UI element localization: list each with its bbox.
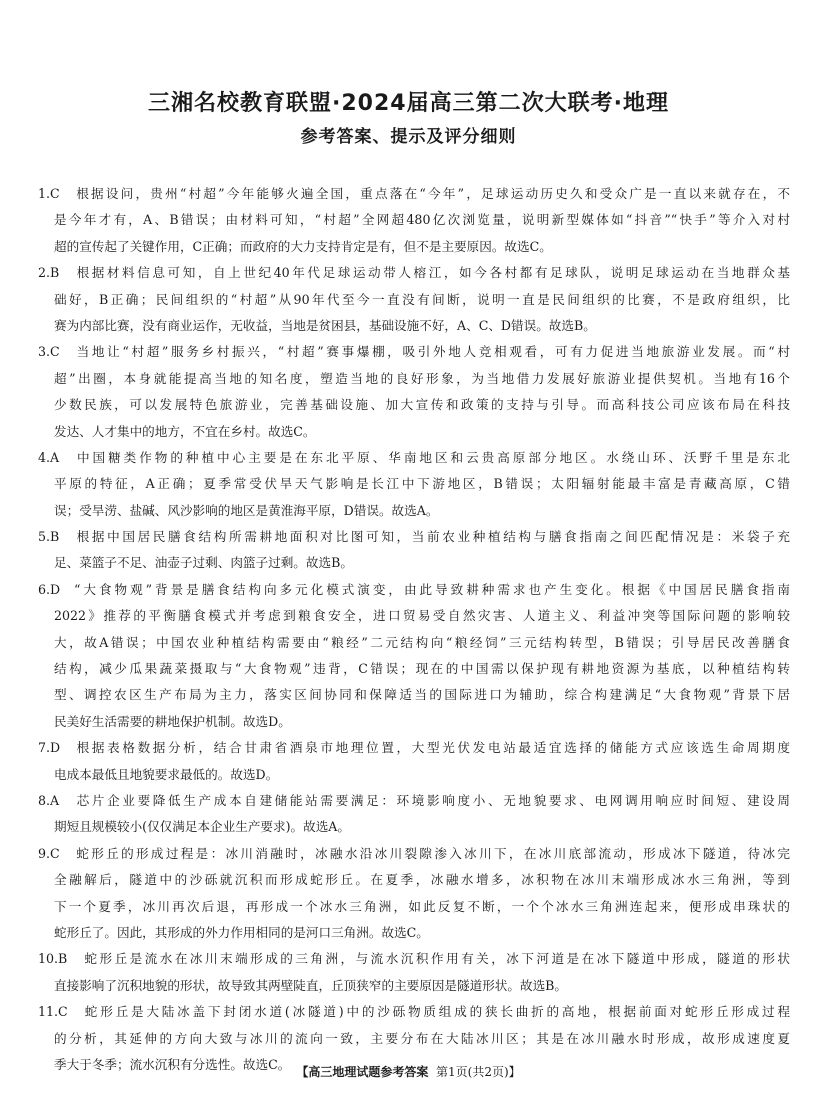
document-title: 三湘名校教育联盟·2024届高三第二次大联考·地理	[0, 86, 817, 117]
answer-text: 赛为内部比赛，没有商业运作，无收益，当地是贫困县，基础设施不好，A、C、D错误。…	[54, 318, 596, 333]
answer-number: 10.B	[38, 946, 82, 972]
answer-item: 8.A芯片企业要降低生产成本自建储能站需要满足：环境影响度小、无地貌要求、电网调…	[38, 788, 790, 841]
answer-text: 直接影响了沉积地貌的形状，故导致其两壁陡直，丘顶狭窄的主要原因是隧道形状。故选B…	[54, 978, 567, 993]
answer-text: 足、菜篮子不足、油壶子过剩、肉篮子过剩。故选B。	[54, 555, 353, 570]
answer-number: 11.C	[38, 999, 82, 1025]
answer-text: 中国糖类作物的种植中心主要是在东北平原、华南地区和云贵高原部分地区。水绕山环、沃…	[74, 450, 790, 465]
answer-text: 根据材料信息可知，自上世纪40年代足球运动带人榕江，如今各村都有足球队，说明足球…	[74, 265, 790, 280]
answer-text: 超的宣传起了关键作用，C正确；而政府的大力支持肯定是有，但不是主要原因。故选C。	[54, 239, 552, 254]
answer-text: 型、调控农区生产布局为主力，落实区间协同和保障适当的国际进口为辅助，综合构建满足…	[54, 687, 790, 702]
answer-line: 平原的特征，A正确；夏季常受伏旱天气影响是长江中下游地区，B错误；太阳辐射能最丰…	[38, 471, 790, 497]
answer-text: 少数民族，可以发展特色旅游业，完善基础设施、加大宣传和政策的支持与引导。而高科技…	[54, 397, 790, 412]
answer-line: 超的宣传起了关键作用，C正确；而政府的大力支持肯定是有，但不是主要原因。故选C。	[38, 234, 790, 260]
answer-line: 结构，减少瓜果蔬菜摄取与“大食物观”违背，C错误；现在的中国需以保护现有耕地资源…	[38, 656, 790, 682]
answer-text: 误；受旱涝、盐碱、风沙影响的地区是黄淮海平原，D错误。故选A。	[54, 503, 438, 518]
answer-text: 期短且规模较小(仅仅满足本企业生产要求)。故选A。	[54, 819, 350, 834]
answer-line: 2.B根据材料信息可知，自上世纪40年代足球运动带人榕江，如今各村都有足球队，说…	[38, 260, 790, 286]
answer-text: 蛇形丘了。因此，其形成的外力作用相同的是河口三角洲。故选C。	[54, 925, 429, 940]
answer-line: 赛为内部比赛，没有商业运作，无收益，当地是贫困县，基础设施不好，A、C、D错误。…	[38, 313, 790, 339]
answer-line: 5.B根据中国居民膳食结构所需耕地面积对比图可知，当前农业种植结构与膳食指南之间…	[38, 524, 790, 550]
answer-item: 10.B蛇形丘是流水在冰川末端形成的三角洲，与流水沉积作用有关，冰下河道是在冰下…	[38, 946, 790, 999]
answer-item: 4.A中国糖类作物的种植中心主要是在东北平原、华南地区和云贵高原部分地区。水绕山…	[38, 445, 790, 524]
answer-text: 民美好生活需要的耕地保护机制。故选D。	[54, 714, 291, 729]
answer-line: 6.D“大食物观”背景是膳食结构向多元化模式演变，由此导致耕种需求也产生变化。根…	[38, 577, 790, 603]
answer-text: 蛇形丘是大陆冰盖下封闭水道(冰隧道)中的沙砾物质组成的狭长曲折的高地，根据前面对…	[82, 1004, 790, 1019]
answer-line: 9.C蛇形丘的形成过程是：冰川消融时，冰融水沿冰川裂隙渗入冰川下，在冰川底部流动…	[38, 841, 790, 867]
answer-line: 3.C当地让“村超”服务乡村振兴，“村超”赛事爆棚，吸引外地人竞相观看，可有力促…	[38, 339, 790, 365]
answer-item: 5.B根据中国居民膳食结构所需耕地面积对比图可知，当前农业种植结构与膳食指南之间…	[38, 524, 790, 577]
answer-line: 1.C根据设问，贵州“村超”今年能够火遍全国，重点落在“今年”，足球运动历史久和…	[38, 181, 790, 207]
answer-item: 9.C蛇形丘的形成过程是：冰川消融时，冰融水沿冰川裂隙渗入冰川下，在冰川底部流动…	[38, 841, 790, 947]
answer-text: 下一个夏季，冰川再次后退，再形成一个冰水三角洲，如此反复不断，一个个冰水三角洲连…	[54, 899, 790, 914]
answer-text: 的分析，其延伸的方向大致与冰川的流向一致，主要分布在大陆冰川区；其是在冰川融水时…	[54, 1031, 790, 1046]
answer-line: 蛇形丘了。因此，其形成的外力作用相同的是河口三角洲。故选C。	[38, 920, 790, 946]
footer-page-number: 第1页(共2页)】	[436, 1065, 521, 1079]
answer-line: 的分析，其延伸的方向大致与冰川的流向一致，主要分布在大陆冰川区；其是在冰川融水时…	[38, 1026, 790, 1052]
answer-line: 4.A中国糖类作物的种植中心主要是在东北平原、华南地区和云贵高原部分地区。水绕山…	[38, 445, 790, 471]
answer-text: 2022》推荐的平衡膳食模式并考虑到粮食安全，进口贸易受自然灾害、人道主义、利益…	[54, 608, 790, 623]
answer-line: 期短且规模较小(仅仅满足本企业生产要求)。故选A。	[38, 814, 790, 840]
answer-line: 直接影响了沉积地貌的形状，故导致其两壁陡直，丘顶狭窄的主要原因是隧道形状。故选B…	[38, 973, 790, 999]
answer-line: 8.A芯片企业要降低生产成本自建储能站需要满足：环境影响度小、无地貌要求、电网调…	[38, 788, 790, 814]
answer-text: 大，故A错误；中国农业种植结构需要由“粮经”二元结构向“粮经饲”三元结构转型，B…	[54, 635, 790, 650]
answer-line: 超”出圈，本身就能提高当地的知名度，塑造当地的良好形象，为当地借力发展好旅游业提…	[38, 366, 790, 392]
answer-line: 足、菜篮子不足、油壶子过剩、肉篮子过剩。故选B。	[38, 550, 790, 576]
page-footer: 【高三地理试题参考答案 第1页(共2页)】	[0, 1063, 817, 1080]
answer-number: 9.C	[38, 841, 74, 867]
answer-line: 础好，B正确；民间组织的“村超”从90年代至今一直没有间断，说明一直是民间组织的…	[38, 287, 790, 313]
answer-text: 芯片企业要降低生产成本自建储能站需要满足：环境影响度小、无地貌要求、电网调用响应…	[74, 793, 790, 808]
answer-line: 是今年才有，A、B错误；由材料可知，“村超”全网超480亿次浏览量，说明新型媒体…	[38, 207, 790, 233]
answer-number: 8.A	[38, 788, 74, 814]
footer-title: 【高三地理试题参考答案	[296, 1065, 428, 1079]
answer-text: 发达、人才集中的地方，不宜在乡村。故选C。	[54, 424, 316, 439]
answer-number: 7.D	[38, 735, 74, 761]
answer-text: 当地让“村超”服务乡村振兴，“村超”赛事爆棚，吸引外地人竞相观看，可有力促进当地…	[74, 344, 790, 359]
answer-line: 少数民族，可以发展特色旅游业，完善基础设施、加大宣传和政策的支持与引导。而高科技…	[38, 392, 790, 418]
answer-text: 蛇形丘是流水在冰川末端形成的三角洲，与流水沉积作用有关，冰下河道是在冰下隧道中形…	[82, 951, 790, 966]
answer-item: 2.B根据材料信息可知，自上世纪40年代足球运动带人榕江，如今各村都有足球队，说…	[38, 260, 790, 339]
answer-text: 础好，B正确；民间组织的“村超”从90年代至今一直没有间断，说明一直是民间组织的…	[54, 292, 790, 307]
answer-text: 结构，减少瓜果蔬菜摄取与“大食物观”违背，C错误；现在的中国需以保护现有耕地资源…	[54, 661, 790, 676]
answer-item: 1.C根据设问，贵州“村超”今年能够火遍全国，重点落在“今年”，足球运动历史久和…	[38, 181, 790, 260]
answer-line: 电成本最低且地貌要求最低的。故选D。	[38, 762, 790, 788]
document-subtitle: 参考答案、提示及评分细则	[0, 122, 817, 147]
answer-number: 3.C	[38, 339, 74, 365]
answer-text: 是今年才有，A、B错误；由材料可知，“村超”全网超480亿次浏览量，说明新型媒体…	[54, 212, 790, 227]
answer-line: 型、调控农区生产布局为主力，落实区间协同和保障适当的国际进口为辅助，综合构建满足…	[38, 682, 790, 708]
answer-line: 下一个夏季，冰川再次后退，再形成一个冰水三角洲，如此反复不断，一个个冰水三角洲连…	[38, 894, 790, 920]
answer-text: 电成本最低且地貌要求最低的。故选D。	[54, 767, 278, 782]
answer-line: 发达、人才集中的地方，不宜在乡村。故选C。	[38, 419, 790, 445]
answer-number: 6.D	[38, 577, 74, 603]
answer-line: 大，故A错误；中国农业种植结构需要由“粮经”二元结构向“粮经饲”三元结构转型，B…	[38, 630, 790, 656]
answer-item: 6.D“大食物观”背景是膳食结构向多元化模式演变，由此导致耕种需求也产生变化。根…	[38, 577, 790, 735]
answer-text: 超”出圈，本身就能提高当地的知名度，塑造当地的良好形象，为当地借力发展好旅游业提…	[54, 371, 790, 386]
answer-text: 平原的特征，A正确；夏季常受伏旱天气影响是长江中下游地区，B错误；太阳辐射能最丰…	[54, 476, 790, 491]
answer-text: “大食物观”背景是膳食结构向多元化模式演变，由此导致耕种需求也产生变化。根据《中…	[74, 582, 790, 597]
answer-item: 3.C当地让“村超”服务乡村振兴，“村超”赛事爆棚，吸引外地人竞相观看，可有力促…	[38, 339, 790, 445]
answer-item: 7.D根据表格数据分析，结合甘肃省酒泉市地理位置，大型光伏发电站最适宜选择的储能…	[38, 735, 790, 788]
answer-line: 误；受旱涝、盐碱、风沙影响的地区是黄淮海平原，D错误。故选A。	[38, 498, 790, 524]
answer-text: 根据中国居民膳食结构所需耕地面积对比图可知，当前农业种植结构与膳食指南之间匹配情…	[74, 529, 790, 544]
answer-number: 5.B	[38, 524, 74, 550]
answer-number: 2.B	[38, 260, 74, 286]
answer-line: 民美好生活需要的耕地保护机制。故选D。	[38, 709, 790, 735]
answer-text: 根据表格数据分析，结合甘肃省酒泉市地理位置，大型光伏发电站最适宜选择的储能方式应…	[74, 740, 790, 755]
answer-text: 全融解后，隧道中的沙砾就沉积而形成蛇形丘。在夏季，冰融水增多，冰积物在冰川末端形…	[54, 872, 790, 887]
answer-line: 10.B蛇形丘是流水在冰川末端形成的三角洲，与流水沉积作用有关，冰下河道是在冰下…	[38, 946, 790, 972]
answer-list: 1.C根据设问，贵州“村超”今年能够火遍全国，重点落在“今年”，足球运动历史久和…	[38, 181, 790, 1078]
answer-text: 根据设问，贵州“村超”今年能够火遍全国，重点落在“今年”，足球运动历史久和受众广…	[74, 186, 790, 201]
answer-text: 蛇形丘的形成过程是：冰川消融时，冰融水沿冰川裂隙渗入冰川下，在冰川底部流动，形成…	[74, 846, 790, 861]
answer-line: 全融解后，隧道中的沙砾就沉积而形成蛇形丘。在夏季，冰融水增多，冰积物在冰川末端形…	[38, 867, 790, 893]
answer-line: 7.D根据表格数据分析，结合甘肃省酒泉市地理位置，大型光伏发电站最适宜选择的储能…	[38, 735, 790, 761]
answer-number: 1.C	[38, 181, 74, 207]
answer-number: 4.A	[38, 445, 74, 471]
answer-line: 11.C蛇形丘是大陆冰盖下封闭水道(冰隧道)中的沙砾物质组成的狭长曲折的高地，根…	[38, 999, 790, 1025]
answer-line: 2022》推荐的平衡膳食模式并考虑到粮食安全，进口贸易受自然灾害、人道主义、利益…	[38, 603, 790, 629]
